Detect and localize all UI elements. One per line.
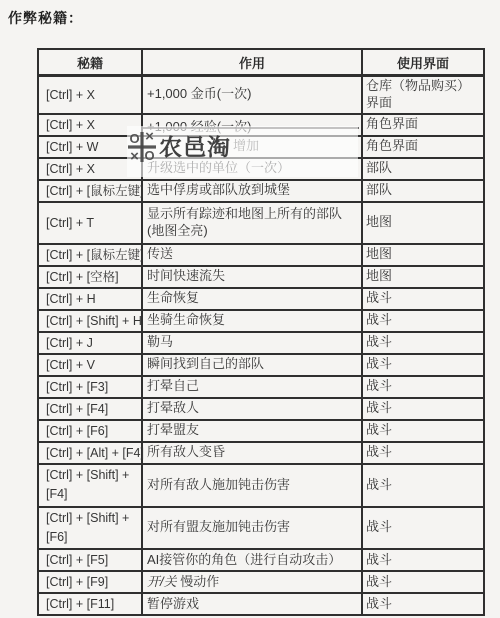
table-row: [Ctrl] + [空格] 时间快速流失 地图: [38, 266, 484, 288]
ui-cell: 部队: [362, 180, 484, 202]
cheat-keys: [Ctrl] + X: [46, 118, 95, 132]
ui-text: 仓库（物品购买）界面: [366, 78, 470, 110]
table-row: [Ctrl] + X +1,000 金币(一次) 仓库（物品购买）界面: [38, 76, 484, 114]
effect-cell: 打晕自己: [142, 376, 362, 398]
effect-cell: 暂停游戏: [142, 593, 362, 615]
effect-text: 瞬间找到自己的部队: [147, 356, 264, 371]
ui-text: 地图: [366, 214, 392, 229]
table-row: [Ctrl] + [鼠标左键] 传送 地图: [38, 244, 484, 266]
ui-text: 战斗: [366, 596, 392, 611]
cheat-keys: [Ctrl] + [F6]: [46, 424, 108, 438]
effect-text: AI接管你的角色（进行自动攻击）: [147, 552, 341, 567]
cheat-keys-cell: [Ctrl] + V: [38, 354, 142, 376]
ui-cell: 战斗: [362, 420, 484, 442]
ui-cell: 战斗: [362, 288, 484, 310]
ui-text: 战斗: [366, 290, 392, 305]
effect-cell: 瞬间找到自己的部队: [142, 354, 362, 376]
cheat-keys-cell: [Ctrl] + X: [38, 76, 142, 114]
ui-text: 部队: [366, 160, 392, 175]
effect-cell: 打晕敌人: [142, 398, 362, 420]
cheat-keys: [Ctrl] + [F5]: [46, 553, 108, 567]
cheat-keys-cell: [Ctrl] + T: [38, 202, 142, 244]
ui-cell: 角色界面: [362, 114, 484, 136]
table-row: [Ctrl] + [Shift] + H 坐骑生命恢复 战斗: [38, 310, 484, 332]
ui-cell: 战斗: [362, 593, 484, 615]
effect-text: 打晕敌人: [147, 400, 199, 415]
ui-text: 地图: [366, 268, 392, 283]
table-row: [Ctrl] + T 显示所有踪迹和地图上所有的部队(地图全亮) 地图: [38, 202, 484, 244]
effect-cell: 打晕盟友: [142, 420, 362, 442]
header-ui: 使用界面: [362, 49, 484, 76]
header-cheat: 秘籍: [38, 49, 142, 76]
ui-text: 战斗: [366, 356, 392, 371]
cheat-keys-cell: [Ctrl] + [空格]: [38, 266, 142, 288]
cheat-keys-cell: [Ctrl] + [Shift] + H: [38, 310, 142, 332]
cheat-keys-cell: [Ctrl] + [F5]: [38, 549, 142, 571]
effect-cell: 对所有盟友施加钝击伤害: [142, 507, 362, 550]
ui-cell: 战斗: [362, 376, 484, 398]
effect-cell: 所有敌人变昏: [142, 442, 362, 464]
table-row: [Ctrl] + [F9] 开/关 慢动作 战斗: [38, 571, 484, 593]
ui-text: 战斗: [366, 519, 392, 534]
cheat-keys: [Ctrl] + [鼠标左键]: [46, 184, 144, 198]
effect-text: 暂停游戏: [147, 596, 199, 611]
svg-text:×: ×: [130, 148, 139, 164]
table-header-row: 秘籍 作用 使用界面: [38, 49, 484, 76]
table-row: [Ctrl] + J 勒马 战斗: [38, 332, 484, 354]
effect-cell: 生命恢复: [142, 288, 362, 310]
ui-cell: 角色界面: [362, 136, 484, 158]
cheat-keys: [Ctrl] + [F9]: [46, 575, 108, 589]
ui-cell: 战斗: [362, 549, 484, 571]
ui-cell: 战斗: [362, 332, 484, 354]
effect-text: 生命恢复: [147, 290, 199, 305]
effect-text: 时间快速流失: [147, 268, 225, 283]
ui-text: 战斗: [366, 477, 392, 492]
ui-cell: 战斗: [362, 442, 484, 464]
cheat-keys-cell: [Ctrl] + [F4]: [38, 398, 142, 420]
cheat-keys-cell: [Ctrl] + [F3]: [38, 376, 142, 398]
ui-text: 战斗: [366, 422, 392, 437]
watermark: O × × O 农邑淘: [128, 129, 231, 165]
table-row: [Ctrl] + [Alt] + [F4] 所有敌人变昏 战斗: [38, 442, 484, 464]
ui-text: 战斗: [366, 378, 392, 393]
page-title: 作弊秘籍：: [8, 8, 83, 28]
effect-text: 坐骑生命恢复: [147, 312, 225, 327]
effect-text-italic: 开/关: [147, 574, 177, 589]
cheat-keys-cell: [Ctrl] + [鼠标左键]: [38, 180, 142, 202]
effect-cell: 勒马: [142, 332, 362, 354]
table-row: [Ctrl] + [鼠标左键] 选中俘虏或部队放到城堡 部队: [38, 180, 484, 202]
cheat-keys: [Ctrl] + T: [46, 216, 94, 230]
effect-text: +1,000 金币(一次): [147, 86, 251, 101]
watermark-logo-icon: O × × O: [128, 130, 156, 164]
svg-text:×: ×: [145, 130, 154, 145]
effect-cell: 显示所有踪迹和地图上所有的部队(地图全亮): [142, 202, 362, 244]
cheat-keys-cell: [Ctrl] + J: [38, 332, 142, 354]
effect-text: 选中俘虏或部队放到城堡: [147, 182, 290, 197]
cheat-keys: [Ctrl] + H: [46, 292, 96, 306]
ui-text: 角色界面: [366, 116, 418, 131]
ui-cell: 地图: [362, 244, 484, 266]
effect-text: 慢动作: [177, 574, 220, 589]
table-row: [Ctrl] + [F3] 打晕自己 战斗: [38, 376, 484, 398]
effect-text: 勒马: [147, 334, 173, 349]
effect-cell: AI接管你的角色（进行自动攻击）: [142, 549, 362, 571]
ui-cell: 战斗: [362, 507, 484, 550]
ui-text: 战斗: [366, 574, 392, 589]
cheat-keys: [Ctrl] + [Shift] + H: [46, 314, 142, 328]
ui-cell: 仓库（物品购买）界面: [362, 76, 484, 114]
ui-cell: 地图: [362, 266, 484, 288]
cheat-keys-cell: [Ctrl] + H: [38, 288, 142, 310]
cheat-keys: [Ctrl] + [F3]: [46, 380, 108, 394]
table-row: [Ctrl] + V 瞬间找到自己的部队 战斗: [38, 354, 484, 376]
table-row: [Ctrl] + [Shift] + [F4] 对所有敌人施加钝击伤害 战斗: [38, 464, 484, 507]
ui-cell: 部队: [362, 158, 484, 180]
header-effect: 作用: [142, 49, 362, 76]
cheat-keys: [Ctrl] + X: [46, 162, 95, 176]
ui-cell: 战斗: [362, 571, 484, 593]
ui-text: 战斗: [366, 444, 392, 459]
effect-text: 打晕盟友: [147, 422, 199, 437]
cheat-keys-cell: [Ctrl] + [Shift] + [F6]: [38, 507, 142, 550]
effect-cell: +1,000 金币(一次): [142, 76, 362, 114]
watermark-text: 农邑淘: [159, 136, 231, 159]
ui-text: 角色界面: [366, 138, 418, 153]
effect-text: 对所有盟友施加钝击伤害: [147, 519, 290, 534]
ui-cell: 战斗: [362, 354, 484, 376]
cheat-keys: [Ctrl] + V: [46, 358, 95, 372]
cheat-keys-cell: [Ctrl] + [Alt] + [F4]: [38, 442, 142, 464]
table-row: [Ctrl] + [F4] 打晕敌人 战斗: [38, 398, 484, 420]
effect-text: 显示所有踪迹和地图上所有的部队(地图全亮): [147, 206, 342, 238]
cheat-keys-cell: [Ctrl] + [F11]: [38, 593, 142, 615]
cheat-keys: [Ctrl] + [鼠标左键]: [46, 248, 144, 262]
cheat-keys: [Ctrl] + [Shift] + [F4]: [46, 468, 129, 501]
ui-cell: 战斗: [362, 310, 484, 332]
ui-text: 战斗: [366, 334, 392, 349]
cheat-keys: [Ctrl] + [空格]: [46, 270, 119, 284]
effect-text: 打晕自己: [147, 378, 199, 393]
cheat-keys: [Ctrl] + X: [46, 88, 95, 102]
cheat-keys-cell: [Ctrl] + [鼠标左键]: [38, 244, 142, 266]
effect-text: 对所有敌人施加钝击伤害: [147, 477, 290, 492]
cheat-keys: [Ctrl] + [F4]: [46, 402, 108, 416]
effect-cell: 对所有敌人施加钝击伤害: [142, 464, 362, 507]
svg-text:O: O: [144, 148, 154, 163]
cheat-keys: [Ctrl] + J: [46, 336, 93, 350]
ui-text: 战斗: [366, 400, 392, 415]
cheat-keys: [Ctrl] + [Alt] + [F4]: [46, 446, 144, 460]
cheat-keys-cell: [Ctrl] + [F9]: [38, 571, 142, 593]
table-row: [Ctrl] + [F11] 暂停游戏 战斗: [38, 593, 484, 615]
ui-text: 战斗: [366, 312, 392, 327]
effect-text: 传送: [147, 246, 173, 261]
cheat-keys-cell: [Ctrl] + [F6]: [38, 420, 142, 442]
effect-text: 所有敌人变昏: [147, 444, 225, 459]
effect-cell: 传送: [142, 244, 362, 266]
cheat-keys-cell: [Ctrl] + [Shift] + [F4]: [38, 464, 142, 507]
table-row: [Ctrl] + [F6] 打晕盟友 战斗: [38, 420, 484, 442]
effect-cell: 选中俘虏或部队放到城堡: [142, 180, 362, 202]
ui-text: 地图: [366, 246, 392, 261]
ui-cell: 战斗: [362, 398, 484, 420]
table-row: [Ctrl] + [F5] AI接管你的角色（进行自动攻击） 战斗: [38, 549, 484, 571]
ui-text: 部队: [366, 182, 392, 197]
ui-cell: 战斗: [362, 464, 484, 507]
effect-cell: 坐骑生命恢复: [142, 310, 362, 332]
cheat-keys: [Ctrl] + W: [46, 140, 98, 154]
table-row: [Ctrl] + [Shift] + [F6] 对所有盟友施加钝击伤害 战斗: [38, 507, 484, 550]
cheat-keys: [Ctrl] + [Shift] + [F6]: [46, 511, 129, 544]
ui-text: 战斗: [366, 552, 392, 567]
effect-cell: 时间快速流失: [142, 266, 362, 288]
ui-cell: 地图: [362, 202, 484, 244]
svg-text:O: O: [129, 131, 139, 146]
effect-cell: 开/关 慢动作: [142, 571, 362, 593]
table-row: [Ctrl] + H 生命恢复 战斗: [38, 288, 484, 310]
cheat-keys: [Ctrl] + [F11]: [46, 597, 114, 611]
